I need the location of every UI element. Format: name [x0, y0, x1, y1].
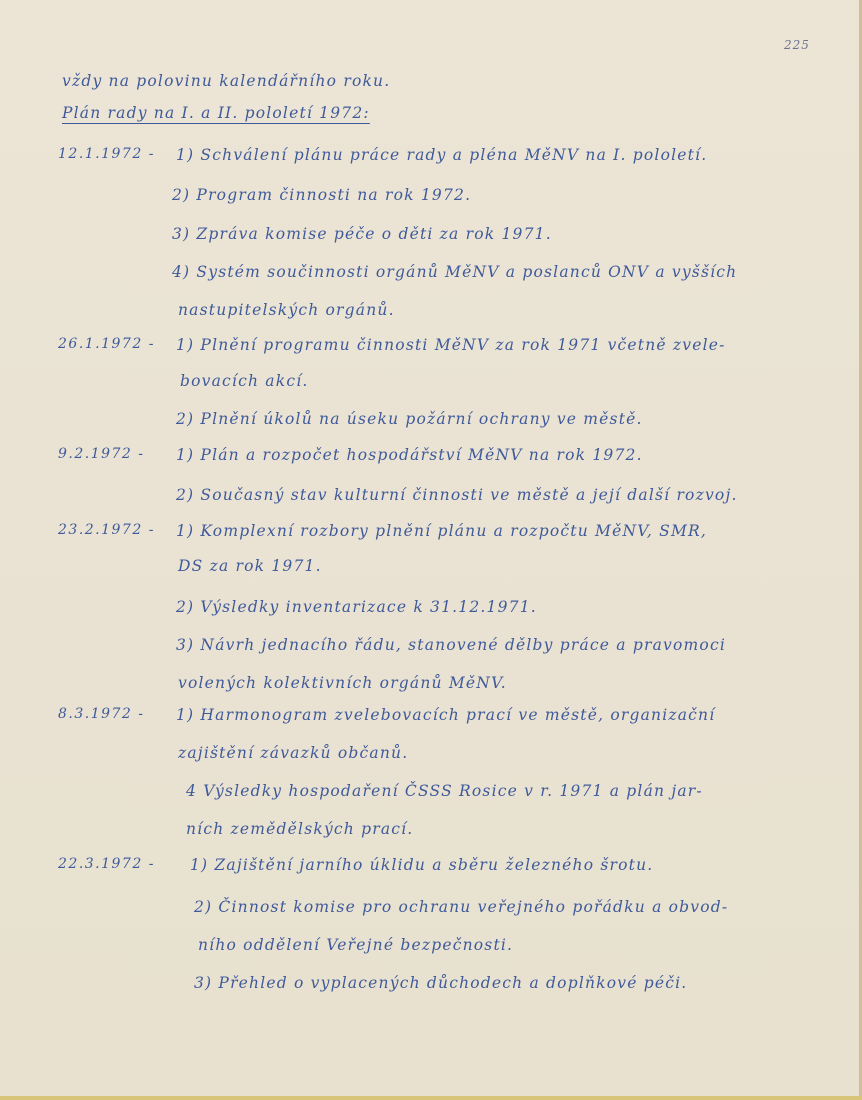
agenda-item: 3) Návrh jednacího řádu, stanovené dělby…: [176, 636, 726, 654]
agenda-item: 2) Výsledky inventarizace k 31.12.1971.: [176, 598, 537, 616]
agenda-item: 1) Zajištění jarního úklidu a sběru žele…: [190, 856, 653, 874]
agenda-item: 4) Systém součinnosti orgánů MěNV a posl…: [172, 263, 737, 281]
agenda-item: 2) Činnost komise pro ochranu veřejného …: [194, 898, 728, 916]
meeting-date: 9.2.1972 -: [58, 446, 145, 462]
agenda-item: 1) Schválení plánu práce rady a pléna Mě…: [176, 146, 707, 164]
meeting-date: 22.3.1972 -: [58, 856, 155, 872]
agenda-item-continuation: zajištění závazků občanů.: [178, 744, 408, 762]
page-edge: [0, 1096, 862, 1100]
agenda-item: 3) Zpráva komise péče o děti za rok 1971…: [172, 225, 552, 243]
agenda-item: 2) Současný stav kulturní činnosti ve mě…: [176, 486, 738, 504]
agenda-item-continuation: volených kolektivních orgánů MěNV.: [178, 674, 507, 692]
meeting-date: 12.1.1972 -: [58, 146, 155, 162]
intro-line: vždy na polovinu kalendářního roku.: [62, 72, 390, 90]
meeting-date: 8.3.1972 -: [58, 706, 145, 722]
agenda-item: 2) Plnění úkolů na úseku požární ochrany…: [176, 410, 643, 428]
agenda-item-continuation: nastupitelských orgánů.: [178, 301, 395, 319]
agenda-item: 2) Program činnosti na rok 1972.: [172, 186, 471, 204]
agenda-item: 1) Plán a rozpočet hospodářství MěNV na …: [176, 446, 643, 464]
agenda-item: 4 Výsledky hospodaření ČSSS Rosice v r. …: [186, 782, 703, 800]
page-number: 225: [784, 38, 810, 52]
agenda-item-continuation: bovacích akcí.: [180, 372, 308, 390]
agenda-item: 1) Plnění programu činnosti MěNV za rok …: [176, 336, 726, 354]
agenda-item: 1) Komplexní rozbory plnění plánu a rozp…: [176, 522, 707, 540]
agenda-item-continuation: ního oddělení Veřejné bezpečnosti.: [198, 936, 513, 954]
agenda-item: 1) Harmonogram zvelebovacích prací ve mě…: [176, 706, 715, 724]
agenda-item: 3) Přehled o vyplacených důchodech a dop…: [194, 974, 687, 992]
meeting-date: 23.2.1972 -: [58, 522, 155, 538]
agenda-item-continuation: DS za rok 1971.: [178, 557, 322, 575]
agenda-item-continuation: ních zemědělských prací.: [186, 820, 413, 838]
document-page: 225 vždy na polovinu kalendářního roku. …: [0, 0, 862, 1100]
meeting-date: 26.1.1972 -: [58, 336, 155, 352]
plan-heading: Plán rady na I. a II. pololetí 1972:: [62, 104, 370, 122]
